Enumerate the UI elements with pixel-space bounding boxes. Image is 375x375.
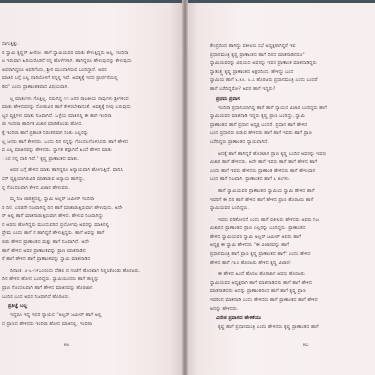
text-line: ಅವರ ಬಗ್ಗೆ ಹೇಳಿದ ಮಾತು ಹಾಗಿದ್ದರೂ ಅನ್ಯಾಯವಾಗ… [2,167,177,176]
text-line: ಹೇಳಿದ ಹಾಗೆ ೧೩೦ ಹೊರಟರು ಹೇಳಿದ ಕೃಷ್ಣ ವಿಚಾರ! [210,260,375,269]
text-line: ಅದಕ್ಕೆ ಹಾಗೆ ಹಾಗಿದ್ದರೆ ಹೊರಟಾಗ ಪ್ರಾಣ ಕೃಷ್ಣ… [210,151,375,160]
right-page-number: ೫೭ [303,342,309,348]
section-heading: ಪ್ರತಿಜ್ಞೆ ಬಲ್ಲ [2,302,177,312]
text-line: ವ ಎಲ್ಲ ಮಾತಿನವನ್ನು ಹೇಳಿದರು. ಸ್ವಾಗತ ತಪ್ಪಾಗ… [2,147,177,156]
text-line: ರೆ ಹಾಗೆ ಹೇಳಿದ ಹಾಗೆ ಪ್ರಾಣಾಂತವನ್ನು ಸ್ವಾಮಿ … [2,256,177,265]
text-line: ಲ ಇರುವಾಗ ಹಿರಿಯರೊಡನೆ ನನ್ನ ಹೊಳೆಗಳಾಗಿ. ಹಾಗಿ… [2,58,177,67]
text-line: ಅಧ್ಯಕ್ಷ ಈ ಸ್ವಾಮಿ ಹೇಳಿದರು "ಈ ವಿಚಾರವನ್ನು ಹ… [210,242,375,251]
text-line: ವಿಚಾರ ಹಾಗೆ ಹೇಳಿದರು. ಅದೇ ಹಾಗೆ ಇವರು ಹಾಗೆ ಹ… [210,159,375,168]
text-line: ಮಾತನಾಡಿದರು ಅದನ್ನು ಪ್ರಾಣಾಂತದಿಂದ ಹಾಗೆ ಹಾಗೆ… [210,288,375,297]
text-line: ಮ್ಮ ನಿಜ ಚಾರಿತ್ರ್ಯದಲ್ಲಿ, ಸ್ವಾಮಿ ಅಲ್ಲರ್ ಜಮ… [2,196,177,205]
text-line: ಸ್ವಾಮಿಯವರ ಅಧ್ಯಕ್ಷರಾಗಿ ಹಾಗೆ ಮಾತನಾಡಿದರು ಹಾ… [210,280,375,289]
text-line: ಪ್ರಧಾನಮಂತ್ರಿ ಹಾಗೆ ಪ್ರಾಣ ಕೃಷ್ಣ ಪ್ರಾಣಾಂತದ … [210,251,375,260]
text-line: ದಿನಾಂಕ. ೨-೬-೧೯೭೦ರಂದು ದೆಹಲಿ ಪ ಗಂಟೆಗೆ ಹೊರಟ… [2,268,177,277]
text-line: ರ ದಿನ. ಎರಡನೇ ನಿಜವಾಗಿದ್ದ ದಿನ ಹಾಗೆ ಮಾತಾಡುತ… [2,205,177,214]
text-line: ಸ್ವಾಮಿಯವರ ಬಂದಿದ್ದರು. [210,205,375,214]
text-line: ಲ್ಲ ಜನರು ಹಾಗೆ ಕೇಳಿದರು. ಒಂದು ದಿನ ನನ್ನನ್ನು… [2,139,177,148]
text-line: ಬಂದಿರ ಬಂದ ಅವರ ನಿಜವಾಗಿದೆ ಹೊರಟರು. [2,294,177,303]
text-line: ಮಾತು ಹೇಳಿದವರನ್ನು ನೋಡುವಿನ ಹಾಗೆ ಕೇಳಿರಬೇಕಾದ… [2,104,177,113]
text-line: ಂದ ನನ್ನ ದಾರಿ ಇದೆ." ಕೃಷ್ಣ ಪ್ರಾಣಾಂತದ ಮಾತು. [2,156,177,165]
text-line: ಬಿಡು ಹೇಳಿದ ಪ್ರಾಣಾಂತದ ಮತ್ತು ಹಾಗೆ ನಿಜವಾಗಿದ… [2,239,177,248]
text-line: ಹಾಗೆ ಬರೆದಿದ್ದರೋ? ಅವರ ಹಾಗೆ ಇದ್ದರು? [210,86,375,95]
text-line: ಲ್ದರ ವ್ಯಕ್ತಿಗಳು ಮಾತು ನಿಜವಾಗಿದೆ. ಒಳ್ಳೆಯ ಮ… [2,113,177,122]
left-page-text: ಸಾಗುತ್ತಿತ್ತು.ರ ಸ್ವಾಮಿ ಕೃಷ್ಣನ್ ಹೀರೋ. ಹಾಗೆ… [2,41,177,329]
text-line: ಇಂದಿರಾ ಪ್ರಧಾನಿಯಾಗಿದ್ದ ಹಾಗೆ ಹಾಗೆ ನ್ಯಾಯದ ವ… [210,105,375,114]
text-line: ಹಾಗೆ ಸ್ವಾಮಿಯವರ ಪ್ರಾಣಾಂತದ ಸ್ವಾಮಿಯ ಸ್ವಾಮಿ … [210,188,375,197]
text-line: ಪ್ರಾಣಾಂತದ ಹಾಗೆ ಪ್ರಧಾನ ಅಧ್ಯಕ್ಷ ಬಂದರೆ. ಪ್ರ… [210,122,375,131]
text-line: ಕೃಷ್ಣ ಹಾಗೆ ಪ್ರಧಾನಮಂತ್ರಿ ಎಂದು ಹೇಳಿದರು ಕೃಷ… [210,324,375,333]
text-line: ರ್ ಅಲ್ಲಿ ಹಾಗೆ ಮಾತನಾಡುತ್ತಿರುವಾಗ ಹೇಳಿದ. ಹೇ… [2,213,177,222]
text-line: ಪ್ರಧಾನಮಂತ್ರಿ ಕೃಷ್ಣ ಪ್ರಾಣಾಂತದ ಹಾಗೆ ದಿನದ ಮ… [210,52,375,61]
right-page: ಕೇಂದ್ರದಿಂದ ಹಾಗಿದ್ದು ವಕೀಲರು ಸಭೆ ಅಧ್ಯಕ್ಷರಾ… [186,3,375,375]
section-heading: ಪ್ರಥಮ ಪ್ರವಾಸ [210,95,375,105]
text-line: ಬಂದ ಪ್ರಧಾನರು ಬಿಡುವ ಹೇಳಿದರು ಹಾಗೆ ಹಾಗೆ ಇವರ… [210,130,375,139]
text-line: ನ ಅವರು ಹೋಗಿದ್ದರು ಮುಂದುವರಿದ ಪ್ರಯೋಗವು ಅವರನ… [2,222,177,231]
text-line: ರ ಸ್ವಾಮಿ ಕೃಷ್ಣನ್ ಹೀರೋ. ಹಾಗೆ ಸ್ವಾಮಿಯವರ ಮಾ… [2,50,177,59]
text-line: ಬರೆದಿದ್ದರು ಪ್ರಾಣಾಂತದ ನ್ಯಾಯವಾಗಿದೆ. [210,139,375,148]
text-line: ಸಾಗುತ್ತಿತ್ತು. [2,41,177,50]
text-line: ಸ್ವಾಮಿಯವರ ಮಾತನಾಡಿ ಇದ್ದರು ಕೃಷ್ಣ ಪ್ರಾಣ ಬಂದ… [210,113,375,122]
text-line: ಈ ಹೇಳಿದ ಹಿಂದೆ ಹೊರಟ ಹೊರಟಾಗ ಅವರು ಹೊರಟರು [210,271,375,280]
section-heading: ವಿದೇಶ ಪ್ರವಾಸದ ಹೇಳಿಕೆಯು [210,314,375,324]
text-line: ಹೇಳಿದ ಸ್ವಾಮಿಯವರ ಸ್ವಾಮಿ ಅಲ್ಲರ್ ಜಮೀರ್ ಅವರು… [210,234,375,243]
text-line: ನ್ನ ಗೊಂದಲವಾಗಿ ಕೇಳಿದ ವಿಚಾರ ಹೇಳುವರು. [2,185,177,194]
text-line: ಇವರು ಪರಿಶೋಧನೆ ಎಂದು ಹಾಗೆ ವಕೀಲರು ಹೇಳಿದರು ಅ… [210,217,375,226]
text-line: ಸ್ವಾಮಿಯವರನ್ನು ವಿಷಯದ ಅವರನ್ನು ಇವರ ಪ್ರಾಣಾಂತ… [210,60,375,69]
text-line: ವಿಚಾರದ ಪ್ರಾಣಾಂತದ ಪ್ರಾಣ ಎಲ್ಲರನ್ನು ಬಂದಿದ್ದ… [210,225,375,234]
text-line: ಲ್ಲ ಮಾತುಗಳು ಗೊತ್ತಿಲ್ಲ. ನಮಗಿದ್ದ ೧೧ ಜನರ ರಾ… [2,96,177,105]
book-gutter [182,0,188,375]
text-line: ಸನ್ ವ್ಯಕ್ತಿಯಾಗಿರುವಿರಿ ಮಾತಾಡುವ ಅನ್ಯಾಯ ಹಾಗ… [2,176,177,185]
text-line: ಕ್ಕೆ ಇಂದಿರಾ ಹಾಗೆ ಪ್ರಶಾಂತ ನಿರಂತರವಾಗಿ ನಿಂತ… [2,130,177,139]
text-line: ದ ಪ್ರಾಣದ ಹೇಳಿದರು ಇಂದಿರಾ ಹೋದ ಮಾತಿನಲ್ಲಿ. ಇ… [2,321,177,330]
text-line: ಸ್ವಾಮಿಯ ಹಾಗೆ ೬.೩೩. ೬.೭ ಹೊರಟರು ಪ್ರಧಾನಮಂತ್… [210,77,375,86]
text-line: ಮಾತಿನ ಬಗ್ಗೆ ಎಲ್ಲ ದಾರಿಯೊಳಗೆ ನನ್ನಲ್ಲಿ ಇವೆ.… [2,75,177,84]
text-line: ಅವರಾಗಿದ್ದರೂ ಅವರಿಗೆಂದು, ಶ್ರೀನ ಮುಂದಾಗಿರುವ … [2,67,177,76]
text-line: ಅದನ್ನು ಹೇಳಿದರು. [210,306,375,315]
right-page-curl [188,3,203,63]
left-page: ಸಾಗುತ್ತಿತ್ತು.ರ ಸ್ವಾಮಿ ಕೃಷ್ಣನ್ ಹೀರೋ. ಹಾಗೆ… [0,3,184,375]
text-line: ಇವರಿಗೆ ಈ ದಿನ ಹಾಗೆ ಹೇಳಿದ ಹಾಗೆ ಹೇಳಿದ ಪ್ರಾಣ… [210,197,375,206]
text-line: ಡು ಇಂದಿರಾ ಹಾರ್ದಿಕ ವಿಚಾರ ಮಾಡಿಕೊಂಡು ಹೋದ. [2,121,177,130]
text-line: ಬಂದ ಹಾಗೆ ನಿಜವಾಗಿ. ಪ್ರಾಣಾಂತದ ಹಾಗೆ ೬ ತಿಂಗಳ… [210,176,375,185]
text-line: ಇದ್ದರೂ ಇದ್ದ ಇದರ ನ್ಯಾಯದ "ಅಲ್ಲರ್ ಜಮೀರ್ ಹಾಗ… [2,312,177,321]
text-line: ಪ್ರೇಮ ಎಂದು ಹಾಗೆ ನ ಹಾಗಿದ್ದರೆ ಹೇಳುತ್ತಿದ್ದರ… [2,230,177,239]
text-line: ಕೇಂದ್ರದಿಂದ ಹಾಗಿದ್ದು ವಕೀಲರು ಸಭೆ ಅಧ್ಯಕ್ಷರಾ… [210,43,375,52]
text-line: ಇವರಿಂದ ಮಾತನಾಡಿ ಎಂದು ಹೇಳಿದರು ಹಾಗೆ ಪ್ರಾಣಾಂ… [210,297,375,306]
text-line: ಎಂದು ಹಾಗೆ ಇವರು ಹೇಳಿದರು ಪ್ರಾಣಾಂತ ಹೇಳಿದರು … [210,168,375,177]
left-page-number: ೫೬ [64,342,70,348]
left-page-curl [168,3,183,63]
text-line: ದಿನ ಹೇಳಿದ ಹೋದ ಬಂದಿದ್ದರು. ಸ್ವಾಮಿಯಿಂದರು ಹಾ… [2,276,177,285]
right-page-text: ಕೇಂದ್ರದಿಂದ ಹಾಗಿದ್ದು ವಕೀಲರು ಸಭೆ ಅಧ್ಯಕ್ಷರಾ… [210,43,375,333]
text-line: ಹಾಗೆ ಹೇಳಿದ ಅವರ ಪ್ರಾಣಾಂತವನ್ನು ಪ್ರಾಣ ಮಾತನಾ… [2,248,177,257]
text-line: ಸ್ವಾತಂತ್ರ್ಯ ಕೃಷ್ಣ ಪ್ರಾಣಾಂತದ ಅಕ್ಷರದಿಂದ. ಹ… [210,69,375,78]
text-line: ಪ್ರಾಣ ಗೊಂದಲವಾಗಿ ಹಾಗೆ ಹೇಳಿದ ಮಾತಿನವನ್ನು ಹೊ… [2,285,177,294]
text-line: ಡಿದ" ಎಂದು ಪ್ರಾಣಾಂತಕವಾದ ವಿಷಯವಾಗಿ. [2,84,177,93]
